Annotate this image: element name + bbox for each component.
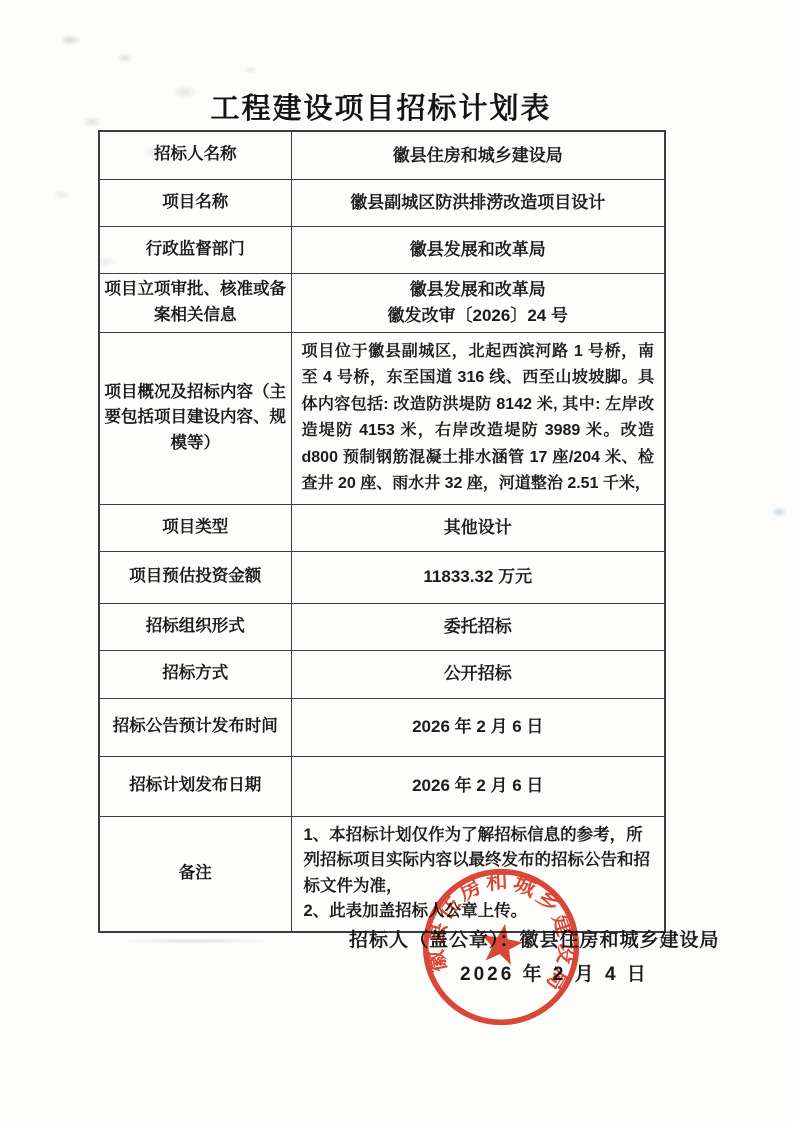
table-row: 项目类型 其他设计 — [99, 504, 665, 551]
row-value: 徽县住房和城乡建设局 — [291, 131, 665, 179]
row-label: 招标公告预计发布时间 — [99, 698, 291, 756]
row-label: 行政监督部门 — [99, 226, 291, 273]
table-row: 项目名称 徽县副城区防洪排涝改造项目设计 — [99, 179, 665, 226]
row-label: 招标方式 — [99, 650, 291, 698]
row-value: 徽县副城区防洪排涝改造项目设计 — [291, 179, 665, 226]
row-value: 徽县发展和改革局 — [291, 226, 665, 273]
bidding-plan-table: 招标人名称 徽县住房和城乡建设局 项目名称 徽县副城区防洪排涝改造项目设计 行政… — [98, 130, 666, 933]
row-label: 项目类型 — [99, 504, 291, 551]
row-label: 项目预估投资金额 — [99, 551, 291, 603]
row-label: 招标计划发布日期 — [99, 756, 291, 816]
table-row: 项目预估投资金额 11833.32 万元 — [99, 551, 665, 603]
row-value: 2026 年 2 月 6 日 — [291, 698, 665, 756]
document-title: 工程建设项目招标计划表 — [98, 86, 664, 127]
table-row: 行政监督部门 徽县发展和改革局 — [99, 226, 665, 273]
row-value: 委托招标 — [291, 603, 665, 650]
row-label: 备注 — [99, 816, 291, 932]
table-row: 招标组织形式 委托招标 — [99, 603, 665, 650]
scanned-document-page: 工程建设项目招标计划表 招标人名称 徽县住房和城乡建设局 项目名称 徽县副城区防… — [0, 0, 793, 1122]
table-row: 招标计划发布日期 2026 年 2 月 6 日 — [99, 756, 665, 816]
table-row: 招标人名称 徽县住房和城乡建设局 — [99, 131, 665, 179]
star-icon — [478, 920, 526, 966]
table-row: 招标方式 公开招标 — [99, 650, 665, 698]
table-row: 招标公告预计发布时间 2026 年 2 月 6 日 — [99, 698, 665, 756]
row-value: 徽县发展和改革局 徽发改审〔2026〕24 号 — [291, 273, 665, 332]
official-seal: 徽县住房和城乡建设局 — [407, 853, 595, 1041]
row-label: 项目立项审批、核准或备案相关信息 — [99, 273, 291, 332]
row-value: 2026 年 2 月 6 日 — [291, 756, 665, 816]
row-value: 项目位于徽县副城区，北起西滨河路 1 号桥，南至 4 号桥，东至国道 316 线… — [291, 332, 665, 504]
row-value: 其他设计 — [291, 504, 665, 551]
row-value: 公开招标 — [291, 650, 665, 698]
table-row: 项目立项审批、核准或备案相关信息 徽县发展和改革局 徽发改审〔2026〕24 号 — [99, 273, 665, 332]
row-label: 项目名称 — [99, 179, 291, 226]
table-row: 项目概况及招标内容（主要包括项目建设内容、规模等） 项目位于徽县副城区，北起西滨… — [99, 332, 665, 504]
row-label: 项目概况及招标内容（主要包括项目建设内容、规模等） — [99, 332, 291, 504]
row-value: 11833.32 万元 — [291, 551, 665, 603]
row-label: 招标人名称 — [99, 131, 291, 179]
row-label: 招标组织形式 — [99, 603, 291, 650]
